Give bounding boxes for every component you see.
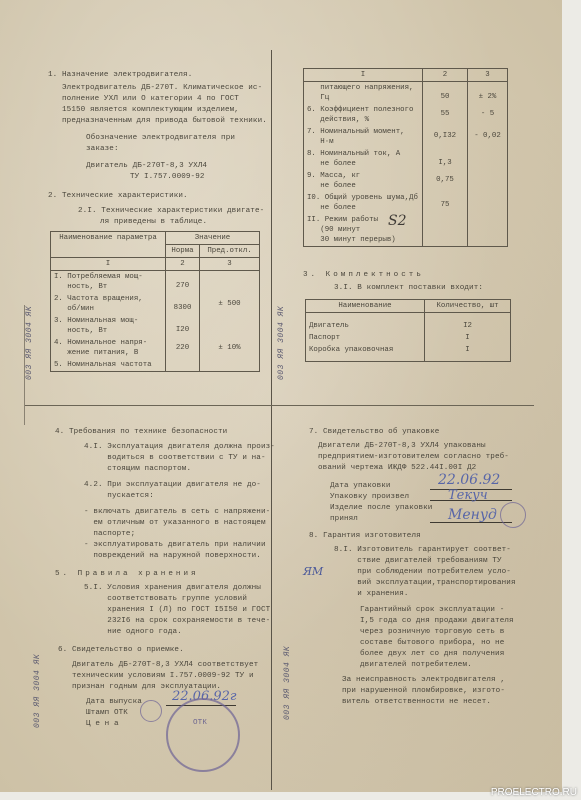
table-row: питающего напряжения, Гц 50 ± 2% (304, 82, 508, 105)
table-row: 6. Коэффициент полезного действия, % 55 … (304, 104, 508, 126)
section2-intro: 2.I. Технические характеристики двигате- (78, 206, 264, 217)
col-num: 2 (166, 258, 200, 271)
fold-line-horizontal (24, 405, 534, 406)
packed-by-label: Упаковку произвел (330, 492, 409, 503)
section1-line: 15150 является комплектующим изделием, (62, 105, 239, 116)
col-header-values: Значение (166, 232, 260, 245)
section5-title: 5. Правила хранения (55, 569, 199, 580)
packed-by-signature: Текуч (448, 488, 488, 503)
col-num: 3 (200, 258, 260, 271)
pack-date-label: Дата упаковки (330, 481, 391, 492)
table-row: 8. Номинальный ток, А не более I,3 (304, 148, 508, 170)
section1-line: предназначенным для привода бытовой техн… (62, 116, 267, 127)
section1-title: 1. Назначение электродвигателя. (48, 70, 192, 81)
table-row: Коробка упаковочная I (306, 344, 511, 362)
margin-note-left-top: 003 ЯЯ 3004 ЯК (25, 300, 34, 380)
section7-title: 7. Свидетельство об упаковке (309, 427, 439, 438)
section2-title: 2. Технические характеристики. (48, 191, 188, 202)
table-row: 2. Частота вращения, об/мин 8300 ± 500 (51, 293, 260, 315)
order-code: Двигатель ДБ-270Т-8,3 УХЛ4 (86, 161, 207, 172)
site-watermark: PROELECTRO.RU (491, 787, 577, 798)
bullet-line: паспорте; (84, 529, 135, 540)
col-header-dev: Пред.откл. (200, 245, 260, 258)
bullet-line: повреждений на наружной поверхности. (84, 551, 261, 562)
otk-stamp-icon (166, 698, 240, 772)
section4-title: 4. Требования по технике безопасности (55, 427, 227, 438)
order-tu: ТУ I.757.0009-92 (130, 172, 205, 183)
section2-intro: ля приведены в таблице. (100, 217, 207, 228)
section3-title: 3. Комплектность (303, 270, 424, 281)
margin-note-mid-top: 003 ЯЯ 3004 ЯК (277, 300, 286, 380)
bullet-line: ем отличным от указанного в настоящем (84, 518, 266, 529)
col-header-norm: Норма (166, 245, 200, 258)
table-row: 3. Номинальная мощ- ность, Вт I20 (51, 315, 260, 337)
bullet-line: - эксплуатировать двигатель при наличии (84, 540, 266, 551)
accepted-label: принял (330, 514, 358, 525)
tech-spec-table: Наименование параметра Значение Норма Пр… (50, 231, 260, 372)
margin-note-mid-bottom: 003 ЯЯ 3004 ЯК (283, 640, 292, 720)
table-row: Двигатель I2 (306, 313, 511, 333)
table-row: 5. Номинальная частота (51, 359, 260, 372)
fold-line-vertical (271, 50, 272, 790)
table-row: 4. Номинальное напря- жение питания, В 2… (51, 337, 260, 359)
mode-handwritten: S2 (388, 213, 407, 229)
col-header-param: Наименование параметра (51, 232, 166, 258)
margin-hand-mark: ЯМ (303, 565, 323, 578)
passport-sheet: 1. Назначение электродвигателя. Электрод… (0, 0, 562, 792)
table-row: 9. Масса, кг не более 0,75 (304, 170, 508, 192)
packer-stamp-icon (500, 502, 526, 528)
col-num: I (51, 258, 166, 271)
accepted-signature: Менуд (448, 507, 497, 523)
bullet-line: - включать двигатель в сеть с напряжени- (84, 507, 270, 518)
pack-date-handwritten: 22.06.92 (438, 472, 500, 488)
section1-line: полнение УХЛ или О категории 4 по ГОСТ (62, 94, 239, 105)
table-row: Паспорт I (306, 332, 511, 344)
small-stamp-icon (140, 700, 162, 722)
section6-title: 6. Свидетельство о приемке. (58, 645, 184, 656)
table-row: I. Потребляемая мощ- ность, Вт 270 (51, 271, 260, 294)
order-label: Обозначение электродвигателя при (86, 133, 235, 144)
section3-intro: 3.I. В комплект поставки входит: (334, 283, 483, 294)
otk-stamp-label: Штамп ОТК (86, 708, 128, 719)
margin-note-left-bottom: 003 ЯЯ 3004 ЯК (33, 648, 42, 728)
otk-stamp-text: ОТК (193, 718, 207, 729)
order-label: заказе: (86, 144, 119, 155)
release-date-label: Дата выпуска (86, 697, 142, 708)
section1-line: Электродвигатель ДБ-270Т. Климатическое … (62, 83, 262, 94)
price-label: Ц е н а (86, 719, 119, 730)
section8-title: 8. Гарантия изготовителя (309, 531, 421, 542)
col-header-name: Наименование (306, 300, 425, 313)
table-row: 7. Номинальный момент, Н·м 0,I32 - 0,02 (304, 126, 508, 148)
table-row: I0. Общий уровень шума,Дб не более 75 (304, 192, 508, 214)
accepted-label: Изделие после упаковки (330, 503, 432, 514)
completeness-table: Наименование Количество, шт Двигатель I2… (305, 299, 511, 362)
col-header-qty: Количество, шт (425, 300, 511, 313)
